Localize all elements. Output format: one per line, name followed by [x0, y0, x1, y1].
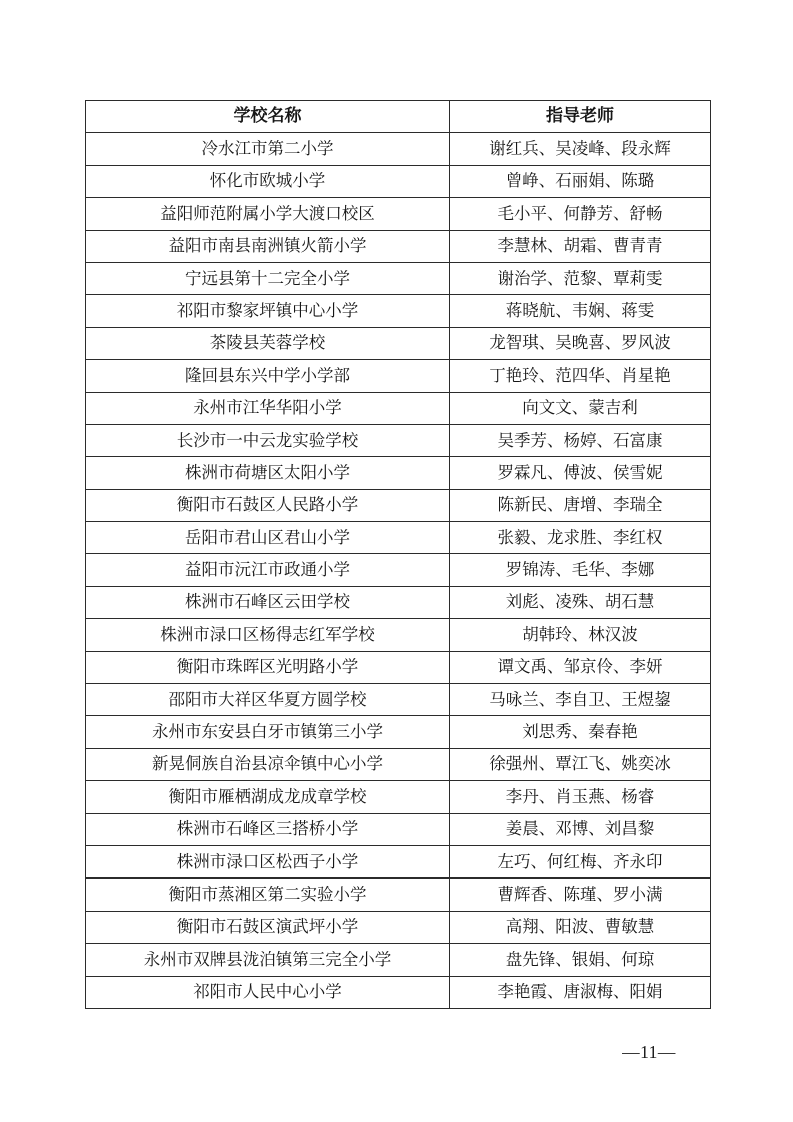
- table-row: 永州市江华华阳小学向文文、蒙吉利: [86, 392, 711, 424]
- teachers-cell: 吴季芳、杨婷、石富康: [450, 424, 711, 456]
- header-row: 学校名称 指导老师: [86, 101, 711, 133]
- table-row: 衡阳市石鼓区人民路小学陈新民、唐增、李瑞全: [86, 489, 711, 521]
- teachers-cell: 曹辉香、陈瑾、罗小满: [450, 878, 711, 911]
- school-name-cell: 衡阳市石鼓区人民路小学: [86, 489, 450, 521]
- teachers-cell: 李艳霞、唐淑梅、阳娟: [450, 976, 711, 1008]
- teachers-cell: 谢红兵、吴凌峰、段永辉: [450, 133, 711, 165]
- table-row: 冷水江市第二小学谢红兵、吴凌峰、段永辉: [86, 133, 711, 165]
- school-name-cell: 隆回县东兴中学小学部: [86, 360, 450, 392]
- school-name-cell: 益阳师范附属小学大渡口校区: [86, 198, 450, 230]
- table-row: 益阳市沅江市政通小学罗锦涛、毛华、李娜: [86, 554, 711, 586]
- teachers-cell: 姜晨、邓博、刘昌黎: [450, 813, 711, 845]
- table-row: 益阳市南县南洲镇火箭小学李慧林、胡霜、曹青青: [86, 230, 711, 262]
- table-row: 茶陵县芙蓉学校龙智琪、吴晚喜、罗风波: [86, 327, 711, 359]
- table-row: 衡阳市石鼓区演武坪小学高翔、阳波、曹敏慧: [86, 911, 711, 943]
- teachers-cell: 向文文、蒙吉利: [450, 392, 711, 424]
- teachers-cell: 龙智琪、吴晚喜、罗风波: [450, 327, 711, 359]
- school-name-cell: 新晃侗族自治县凉伞镇中心小学: [86, 748, 450, 780]
- school-name-cell: 长沙市一中云龙实验学校: [86, 424, 450, 456]
- school-name-cell: 衡阳市珠晖区光明路小学: [86, 651, 450, 683]
- table-row: 衡阳市蒸湘区第二实验小学曹辉香、陈瑾、罗小满: [86, 878, 711, 911]
- table-body: 冷水江市第二小学谢红兵、吴凌峰、段永辉怀化市欧城小学曾峥、石丽娟、陈璐益阳师范附…: [86, 133, 711, 1009]
- table-row: 株洲市石峰区三搭桥小学姜晨、邓博、刘昌黎: [86, 813, 711, 845]
- teachers-cell: 曾峥、石丽娟、陈璐: [450, 165, 711, 197]
- column-header-teachers: 指导老师: [450, 101, 711, 133]
- school-name-cell: 茶陵县芙蓉学校: [86, 327, 450, 359]
- school-name-cell: 株洲市石峰区云田学校: [86, 586, 450, 618]
- table-row: 祁阳市黎家坪镇中心小学蒋晓航、韦娴、蒋雯: [86, 295, 711, 327]
- table-row: 株洲市石峰区云田学校刘彪、凌殊、胡石慧: [86, 586, 711, 618]
- teachers-cell: 毛小平、何静芳、舒畅: [450, 198, 711, 230]
- teachers-cell: 胡韩玲、林汉波: [450, 619, 711, 651]
- teachers-cell: 徐强州、覃江飞、姚奕冰: [450, 748, 711, 780]
- table-row: 岳阳市君山区君山小学张毅、龙求胜、李红权: [86, 522, 711, 554]
- page-number: —11—: [604, 1042, 694, 1063]
- table-row: 株洲市渌口区松西子小学左巧、何红梅、齐永印: [86, 845, 711, 878]
- school-name-cell: 祁阳市黎家坪镇中心小学: [86, 295, 450, 327]
- table-row: 株洲市荷塘区太阳小学罗霖凡、傅波、侯雪妮: [86, 457, 711, 489]
- teachers-cell: 谢治学、范黎、覃莉雯: [450, 262, 711, 294]
- teachers-cell: 罗锦涛、毛华、李娜: [450, 554, 711, 586]
- table-row: 衡阳市珠晖区光明路小学谭文禹、邹京伶、李妍: [86, 651, 711, 683]
- school-name-cell: 怀化市欧城小学: [86, 165, 450, 197]
- school-name-cell: 永州市江华华阳小学: [86, 392, 450, 424]
- school-name-cell: 邵阳市大祥区华夏方圆学校: [86, 684, 450, 716]
- teachers-cell: 高翔、阳波、曹敏慧: [450, 911, 711, 943]
- school-name-cell: 祁阳市人民中心小学: [86, 976, 450, 1008]
- school-name-cell: 岳阳市君山区君山小学: [86, 522, 450, 554]
- table-row: 新晃侗族自治县凉伞镇中心小学徐强州、覃江飞、姚奕冰: [86, 748, 711, 780]
- school-name-cell: 益阳市沅江市政通小学: [86, 554, 450, 586]
- table-row: 益阳师范附属小学大渡口校区毛小平、何静芳、舒畅: [86, 198, 711, 230]
- table-row: 株洲市渌口区杨得志红军学校胡韩玲、林汉波: [86, 619, 711, 651]
- teachers-cell: 李慧林、胡霜、曹青青: [450, 230, 711, 262]
- school-name-cell: 株洲市渌口区杨得志红军学校: [86, 619, 450, 651]
- table-header: 学校名称 指导老师: [86, 101, 711, 133]
- school-name-cell: 永州市双牌县泷泊镇第三完全小学: [86, 944, 450, 976]
- teachers-cell: 丁艳玲、范四华、肖星艳: [450, 360, 711, 392]
- school-name-cell: 株洲市荷塘区太阳小学: [86, 457, 450, 489]
- teachers-cell: 马咏兰、李自卫、王煜鋆: [450, 684, 711, 716]
- school-name-cell: 冷水江市第二小学: [86, 133, 450, 165]
- school-name-cell: 益阳市南县南洲镇火箭小学: [86, 230, 450, 262]
- table-row: 宁远县第十二完全小学谢治学、范黎、覃莉雯: [86, 262, 711, 294]
- teachers-cell: 谭文禹、邹京伶、李妍: [450, 651, 711, 683]
- school-name-cell: 衡阳市石鼓区演武坪小学: [86, 911, 450, 943]
- school-name-cell: 株洲市渌口区松西子小学: [86, 845, 450, 878]
- school-name-cell: 宁远县第十二完全小学: [86, 262, 450, 294]
- document-page: 学校名称 指导老师 冷水江市第二小学谢红兵、吴凌峰、段永辉怀化市欧城小学曾峥、石…: [0, 0, 793, 1122]
- column-header-school: 学校名称: [86, 101, 450, 133]
- teachers-cell: 左巧、何红梅、齐永印: [450, 845, 711, 878]
- teachers-cell: 罗霖凡、傅波、侯雪妮: [450, 457, 711, 489]
- teachers-cell: 陈新民、唐增、李瑞全: [450, 489, 711, 521]
- table-row: 衡阳市雁栖湖成龙成章学校李丹、肖玉燕、杨睿: [86, 781, 711, 813]
- table-row: 隆回县东兴中学小学部丁艳玲、范四华、肖星艳: [86, 360, 711, 392]
- table-row: 永州市双牌县泷泊镇第三完全小学盘先锋、银娟、何琼: [86, 944, 711, 976]
- teachers-cell: 蒋晓航、韦娴、蒋雯: [450, 295, 711, 327]
- table-row: 祁阳市人民中心小学李艳霞、唐淑梅、阳娟: [86, 976, 711, 1008]
- teachers-cell: 刘思秀、秦春艳: [450, 716, 711, 748]
- teachers-cell: 刘彪、凌殊、胡石慧: [450, 586, 711, 618]
- school-name-cell: 衡阳市雁栖湖成龙成章学校: [86, 781, 450, 813]
- table-row: 怀化市欧城小学曾峥、石丽娟、陈璐: [86, 165, 711, 197]
- school-name-cell: 永州市东安县白牙市镇第三小学: [86, 716, 450, 748]
- table-row: 永州市东安县白牙市镇第三小学刘思秀、秦春艳: [86, 716, 711, 748]
- table-row: 长沙市一中云龙实验学校吴季芳、杨婷、石富康: [86, 424, 711, 456]
- school-name-cell: 衡阳市蒸湘区第二实验小学: [86, 878, 450, 911]
- teachers-cell: 盘先锋、银娟、何琼: [450, 944, 711, 976]
- award-table: 学校名称 指导老师 冷水江市第二小学谢红兵、吴凌峰、段永辉怀化市欧城小学曾峥、石…: [85, 100, 711, 1009]
- teachers-cell: 张毅、龙求胜、李红权: [450, 522, 711, 554]
- school-name-cell: 株洲市石峰区三搭桥小学: [86, 813, 450, 845]
- table-row: 邵阳市大祥区华夏方圆学校马咏兰、李自卫、王煜鋆: [86, 684, 711, 716]
- teachers-cell: 李丹、肖玉燕、杨睿: [450, 781, 711, 813]
